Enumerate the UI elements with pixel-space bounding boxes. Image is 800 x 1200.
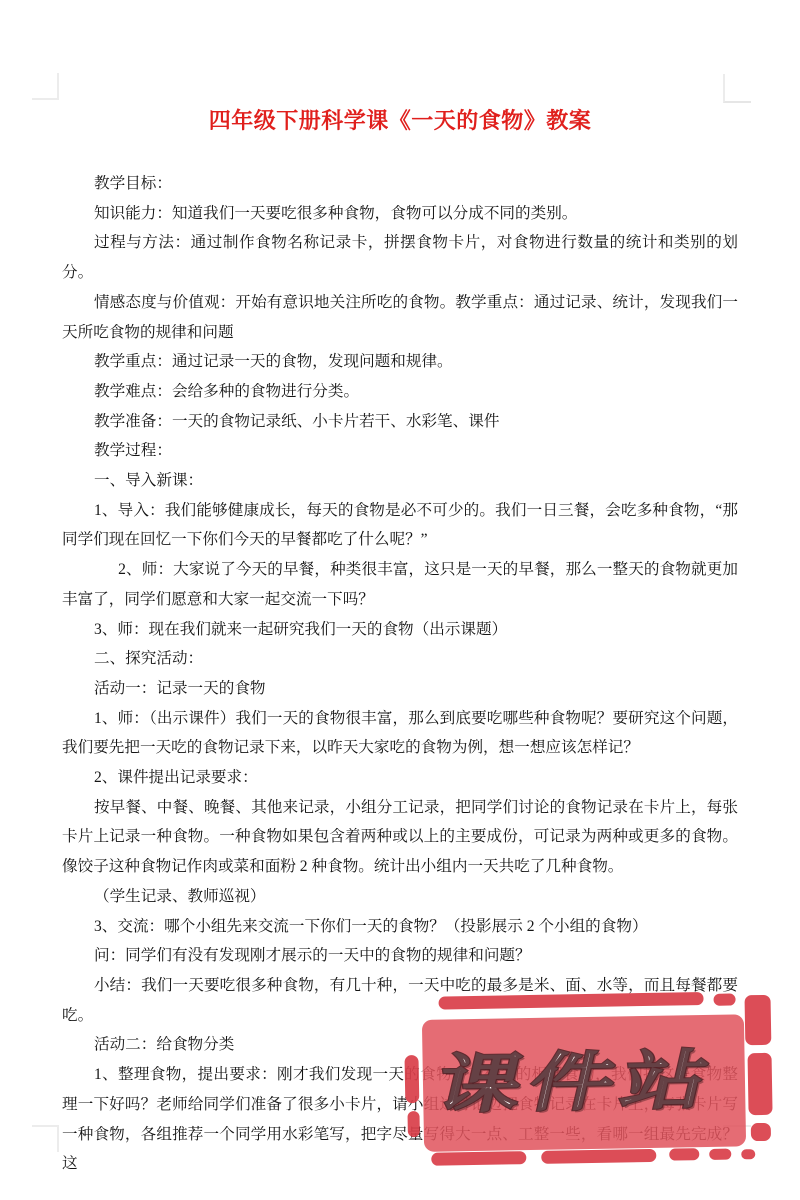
- stamp-text: 课件站: [431, 1045, 800, 1117]
- paragraph: 按早餐、中餐、晚餐、其他来记录，小组分工记录，把同学们讨论的食物记录在卡片上，每…: [62, 793, 738, 882]
- document-page: 四年级下册科学课《一天的食物》教案 教学目标：知识能力：知道我们一天要吃很多种食…: [0, 0, 800, 1200]
- paragraph: 2、师：大家说了今天的早餐，种类很丰富，这只是一天的早餐，那么一整天的食物就更加…: [62, 555, 738, 614]
- paragraph: 一、导入新课：: [62, 466, 738, 496]
- paragraph: 二、探究活动：: [62, 644, 738, 674]
- stamp-border-stroke: [744, 995, 771, 1045]
- paragraph: 问：同学们有没有发现刚才展示的一天中的食物的规律和问题？: [62, 941, 738, 971]
- paragraph: 教学过程：: [62, 436, 738, 466]
- stamp-border-stroke: [669, 1148, 699, 1161]
- stamp-border-stroke: [431, 1151, 526, 1166]
- paragraph: 活动一：记录一天的食物: [62, 674, 738, 704]
- stamp-border-stroke: [709, 1149, 731, 1160]
- stamp-border-stroke: [438, 992, 703, 1010]
- paragraph: 教学重点：通过记录一天的食物，发现问题和规律。: [62, 347, 738, 377]
- stamp-border-stroke: [541, 1149, 656, 1164]
- stamp-border-stroke: [713, 993, 735, 1005]
- paragraph: 教学准备：一天的食物记录纸、小卡片若干、水彩笔、课件: [62, 407, 738, 437]
- paragraph: 教学目标：: [62, 169, 738, 199]
- paragraph: 教学难点：会给多种的食物进行分类。: [62, 377, 738, 407]
- watermark-stamp: 课件站: [398, 989, 779, 1178]
- paragraph: 1、师：（出示课件）我们一天的食物很丰富，那么到底要吃哪些种食物呢？要研究这个问…: [62, 704, 738, 763]
- stamp-border-stroke: [404, 1055, 419, 1103]
- paragraph: 知识能力：知道我们一天要吃很多种食物，食物可以分成不同的类别。: [62, 199, 738, 229]
- text-boundary-mark-bottom-left: [32, 1125, 59, 1152]
- paragraph: 情感态度与价值观：开始有意识地关注所吃的食物。教学重点：通过记录、统计，发现我们…: [62, 288, 738, 347]
- paragraph: （学生记录、教师巡视）: [62, 882, 738, 912]
- stamp-border-stroke: [407, 1111, 419, 1137]
- stamp-border-stroke: [741, 1149, 755, 1159]
- paragraph: 过程与方法：通过制作食物名称记录卡，拼摆食物卡片，对食物进行数量的统计和类别的划…: [62, 228, 738, 287]
- stamp-border-stroke: [751, 1123, 771, 1141]
- paragraph: 3、师：现在我们就来一起研究我们一天的食物（出示课题）: [62, 615, 738, 645]
- paragraph: 3、交流：哪个小组先来交流一下你们一天的食物？（投影展示 2 个小组的食物）: [62, 912, 738, 942]
- paragraph: 1、导入：我们能够健康成长，每天的食物是必不可少的。我们一日三餐，会吃多种食物，…: [62, 496, 738, 555]
- paragraph: 2、课件提出记录要求：: [62, 763, 738, 793]
- text-boundary-mark-top-left: [32, 73, 59, 100]
- document-title: 四年级下册科学课《一天的食物》教案: [62, 104, 738, 135]
